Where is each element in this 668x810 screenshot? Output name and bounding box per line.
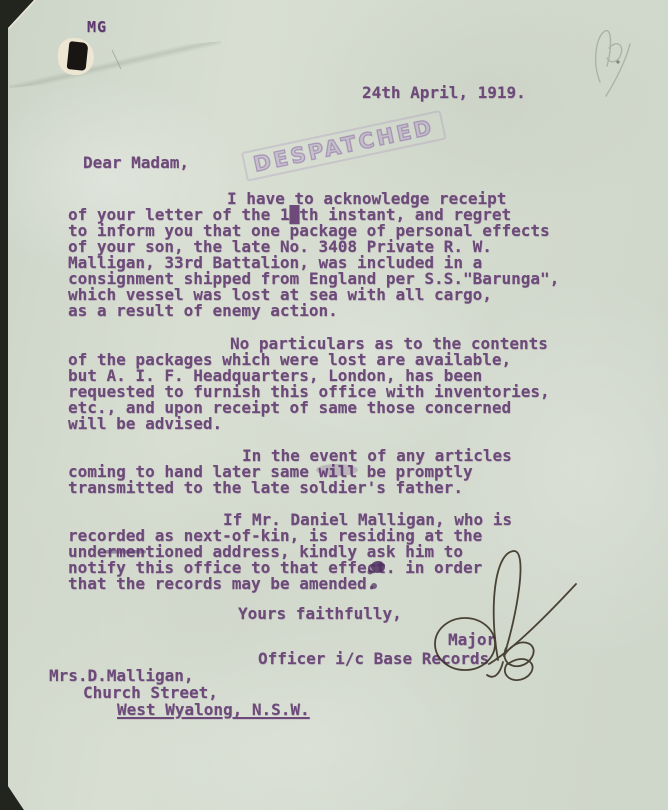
torn-corner-edge bbox=[7, 0, 36, 29]
clerk-initials: MG bbox=[87, 19, 107, 35]
paper: DESPATCHED MG 24th April, 1919. Dear Mad… bbox=[8, 0, 668, 810]
salutation: Dear Madam, bbox=[83, 155, 189, 171]
crease-mark bbox=[7, 41, 224, 88]
signature-rank: Major bbox=[448, 632, 496, 648]
paragraph-4: If Mr. Daniel Malligan, who is recorded … bbox=[68, 512, 512, 592]
letter-line: transmitted to the late soldier's father… bbox=[68, 480, 512, 496]
paragraph-2: No particulars as to the contents of the… bbox=[68, 336, 550, 432]
letter-line: that the records may be amended. bbox=[68, 576, 512, 592]
closing: Yours faithfully, bbox=[238, 606, 402, 622]
scanned-letter-page: DESPATCHED MG 24th April, 1919. Dear Mad… bbox=[0, 0, 668, 810]
address-line: Church Street, bbox=[83, 685, 218, 701]
letter-date: 24th April, 1919. bbox=[362, 85, 526, 101]
paragraph-3: In the event of any articles coming to h… bbox=[68, 448, 512, 496]
despatched-stamp: DESPATCHED bbox=[241, 110, 447, 182]
ink-mark bbox=[67, 41, 89, 71]
signature-title: Officer i/c Base Records bbox=[258, 651, 489, 667]
address-line: Mrs.D.Malligan, bbox=[49, 668, 194, 684]
letter-line: will be advised. bbox=[68, 416, 550, 432]
torn-hole bbox=[58, 38, 94, 75]
torn-corner-edge bbox=[5, 784, 24, 810]
paragraph-1: I have to acknowledge receipt of your le… bbox=[68, 191, 559, 319]
letter-line: as a result of enemy action. bbox=[68, 303, 559, 319]
address-line: West Wyalong, N.S.W. bbox=[117, 702, 310, 718]
